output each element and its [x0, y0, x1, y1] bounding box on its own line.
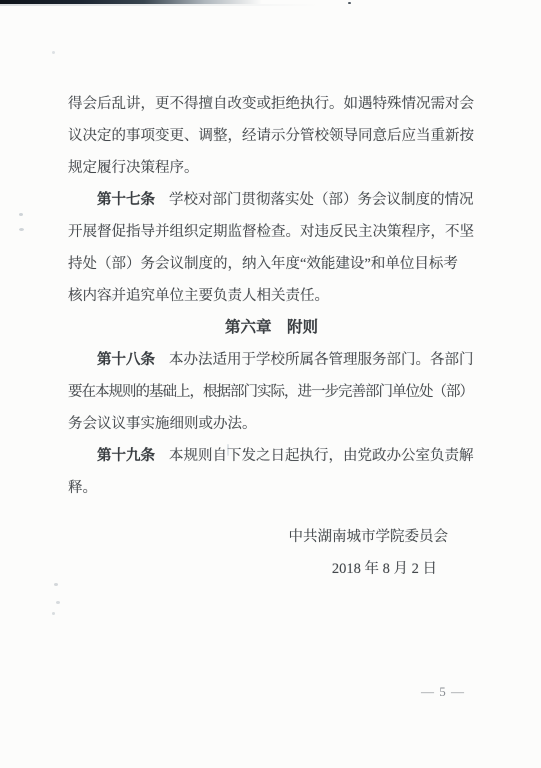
paragraph-continuation-line: 得会后乱讲，更不得擅自改变或拒绝执行。如遇特殊情况需对会	[68, 88, 475, 120]
article-17-text: 学校对部门贯彻落实处（部）务会议制度的情况	[169, 192, 474, 208]
paragraph-continuation-line: 规定履行决策程序。	[68, 152, 475, 184]
scan-speck	[19, 213, 23, 216]
article-18-line: 第十八条本办法适用于学校所属各管理服务部门。各部门	[68, 344, 475, 376]
article-19-number: 第十九条	[97, 448, 155, 464]
scanned-document-page: 得会后乱讲，更不得擅自改变或拒绝执行。如遇特殊情况需对会 议决定的事项变更、调整…	[0, 0, 541, 768]
scan-speck	[54, 583, 58, 586]
article-17-number: 第十七条	[97, 192, 155, 208]
article-18-line: 要在本规则的基础上，根据部门实际，进一步完善部门单位处（部）	[68, 376, 475, 408]
issue-date: 2018 年 8 月 2 日	[332, 553, 437, 585]
article-19-text: 本规则自下发之日起执行，由党政办公室负责解	[169, 448, 474, 464]
scan-speck	[52, 612, 55, 615]
article-17-line: 持处（部）务会议制度的，纳入年度“效能建设”和单位目标考	[68, 248, 475, 280]
scan-speck	[52, 51, 55, 54]
chapter-6-heading: 第六章 附则	[68, 312, 475, 344]
article-17-line: 核内容并追究单位主要负责人相关责任。	[68, 280, 475, 312]
document-body: 得会后乱讲，更不得擅自改变或拒绝执行。如遇特殊情况需对会 议决定的事项变更、调整…	[68, 88, 475, 504]
article-19-line: 第十九条本规则自下发之日起执行，由党政办公室负责解	[68, 440, 475, 472]
issuing-authority: 中共湖南城市学院委员会	[289, 521, 449, 553]
page-number: — 5 —	[421, 684, 465, 700]
scan-speck	[19, 228, 24, 231]
article-17-line: 开展督促指导并组织定期监督检查。对违反民主决策程序，不坚	[68, 216, 475, 248]
article-18-number: 第十八条	[97, 352, 155, 368]
article-19-line: 释。	[68, 472, 475, 504]
scan-speck	[348, 2, 351, 4]
paragraph-continuation-line: 议决定的事项变更、调整，经请示分管校领导同意后应当重新按	[68, 120, 475, 152]
scan-artifact-top-edge-fade	[0, 4, 320, 6]
article-18-line: 务会议议事实施细则或办法。	[68, 408, 475, 440]
article-17-line: 第十七条学校对部门贯彻落实处（部）务会议制度的情况	[68, 184, 475, 216]
article-18-text: 本办法适用于学校所属各管理服务部门。各部门	[169, 352, 474, 368]
scan-speck	[56, 601, 60, 604]
